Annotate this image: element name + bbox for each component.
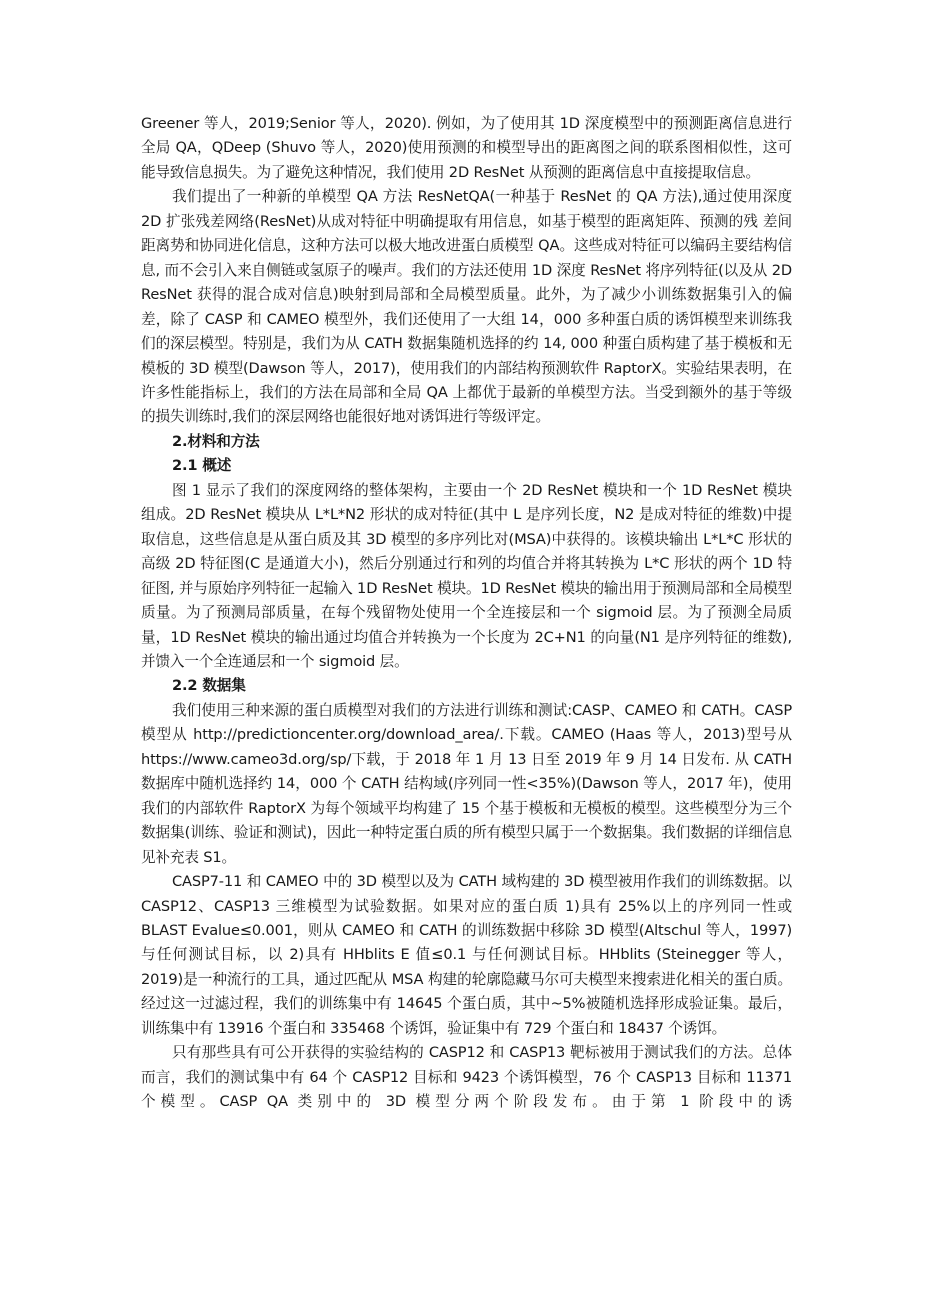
subsection-heading-datasets: 2.2 数据集: [141, 674, 792, 698]
paragraph-training-data-filtering: CASP7-11 和 CAMEO 中的 3D 模型以及为 CATH 域构建的 3…: [141, 870, 792, 1041]
paragraph-intro-continuation: Greener 等人，2019;Senior 等人，2020). 例如，为了使用…: [141, 112, 792, 185]
document-page: Greener 等人，2019;Senior 等人，2020). 例如，为了使用…: [141, 112, 792, 1115]
subsection-heading-overview: 2.1 概述: [141, 454, 792, 478]
paragraph-architecture-overview: 图 1 显示了我们的深度网络的整体架构，主要由一个 2D ResNet 模块和一…: [141, 479, 792, 675]
paragraph-data-sources: 我们使用三种来源的蛋白质模型对我们的方法进行训练和测试:CASP、CAMEO 和…: [141, 699, 792, 870]
section-heading-materials-methods: 2.材料和方法: [141, 430, 792, 454]
paragraph-test-set: 只有那些具有可公开获得的实验结构的 CASP12 和 CASP13 靶标被用于测…: [141, 1041, 792, 1114]
paragraph-resnetqa-proposal: 我们提出了一种新的单模型 QA 方法 ResNetQA(一种基于 ResNet …: [141, 185, 792, 430]
